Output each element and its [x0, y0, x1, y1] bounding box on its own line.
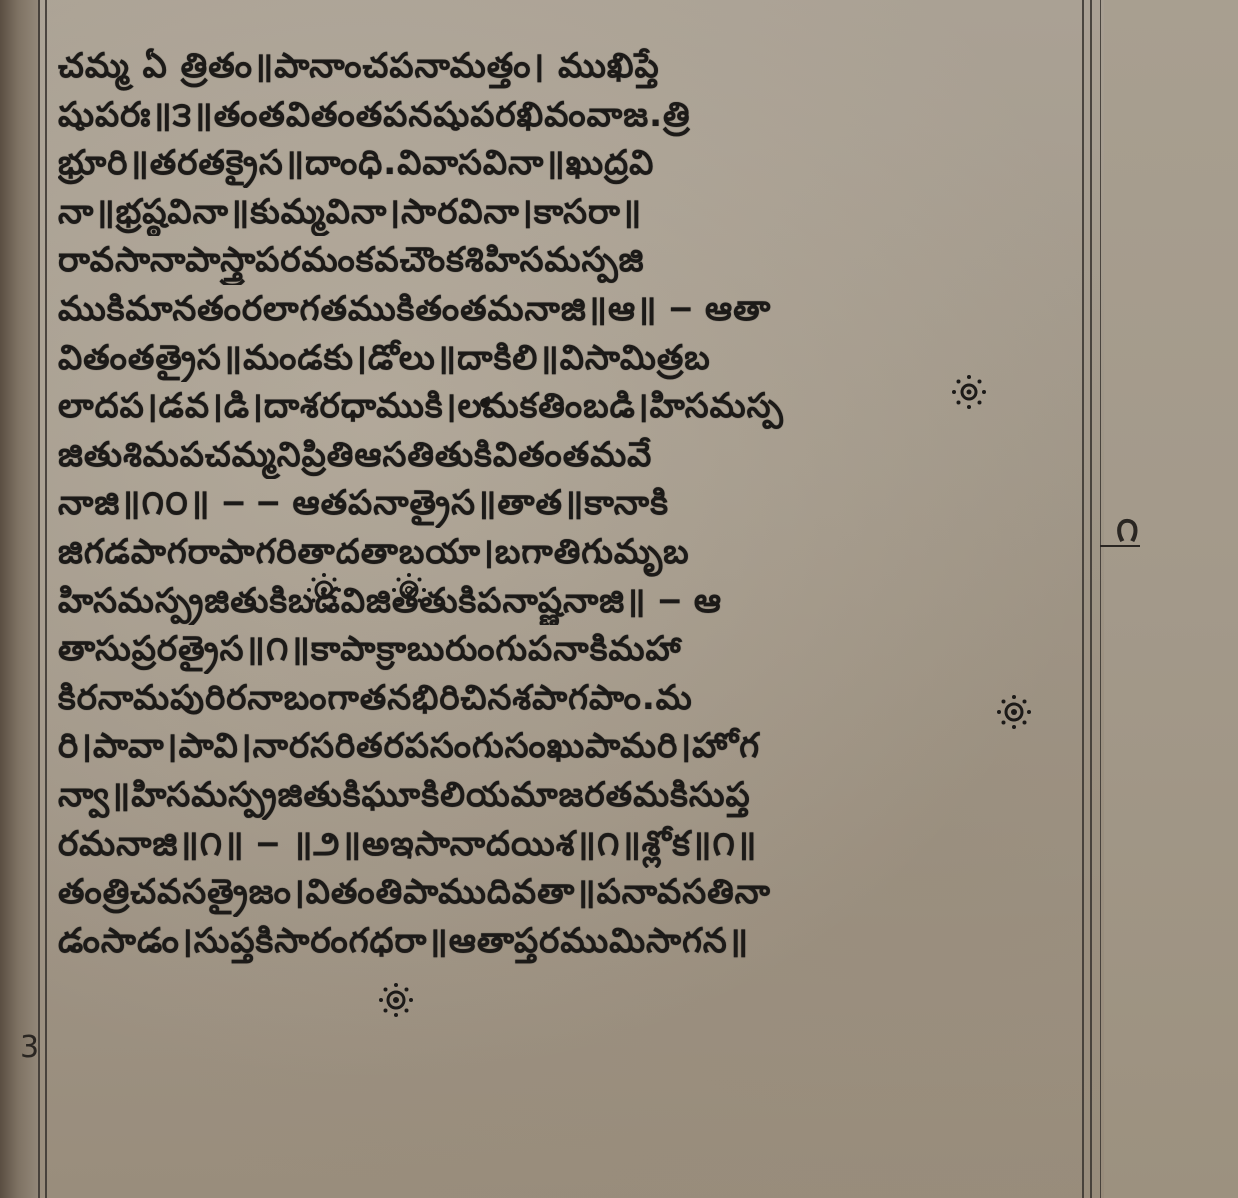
book-binding-edge	[0, 0, 40, 1198]
text-line: రమనాజి॥౧॥ ౼ ॥౨॥అఇసానాదయిశ॥౧॥శ్లోక॥౧॥	[58, 820, 1078, 869]
text-line: షుపరః॥౩॥తంతవితంతపనషుపరఖివంవాజ.త్రి	[58, 91, 1078, 140]
text-line: రావసానాపాస్త్రాపరమంకవచౌంకశిహిసమస్పజి	[58, 236, 1078, 285]
text-line: నాజి॥౧౦॥ ౼ ౼ ఆతపనాత్రైస॥తాత॥కానాకి	[58, 479, 1078, 528]
text-line: లాదప।డవ।డి।దాశరధాముకి।లమకతింబడి।హిసమస్ప	[58, 382, 1078, 431]
right-margin-area	[1104, 0, 1238, 1198]
text-line: ముకిమానతంరలాగతముకితంతమనాజి॥ఆ॥ ౼ ఆతా	[58, 285, 1078, 334]
text-line: కిరనామపురిరనాబంగాతనభిరిచినశపాగపాం.మ	[58, 674, 1078, 723]
text-line: డంసాడం।సుప్తకిసారంగధరా॥ఆతాప్తరముమిసాగన॥	[58, 917, 1078, 966]
text-line: జిగడపాగరాపాగరితాదతాబయా।బగాతిగుమృబ	[58, 528, 1078, 577]
right-margin-rule	[1082, 0, 1084, 1198]
manuscript-page: చమ్మ ఏ త్రితం॥పానాంచపనామత్తం। ముఖిప్తే ష…	[0, 0, 1238, 1198]
text-line: తాసుప్రరత్రైస॥౧॥కాపాక్రాబురుంగుపనాకిమహా	[58, 625, 1078, 674]
sun-ornament-icon	[378, 982, 414, 1018]
text-line: న్వా॥హిసమస్ప్రజితుకిఘూకిలియమాజరతమకిసుప్త	[58, 771, 1078, 820]
right-margin-rule-outer	[1100, 0, 1101, 1198]
margin-number-left: 3	[20, 1030, 39, 1065]
text-line: వితంతత్రైస॥మండకు।డోలు॥దాకిలి॥విసామిత్రబ	[58, 334, 1078, 383]
page-number-tail	[1100, 545, 1140, 547]
text-line: రి।పావా।పావి।నారసరితరపసంగుసంఖుపామరి।హోగ	[58, 722, 1078, 771]
page-number-right: ౧	[1116, 510, 1139, 558]
text-line: నా॥భ్రష్ఠవినా॥కుమ్మవినా।సారవినా।కాసరా॥	[58, 188, 1078, 237]
sun-ornament-icon	[951, 374, 987, 410]
text-line: హిసమస్ప్రజితుకిబడవిజితతుకిపనాష్ణనాజి॥ ౼ …	[58, 577, 1078, 626]
left-margin-rule	[38, 0, 40, 1198]
text-line: చమ్మ ఏ త్రితం॥పానాంచపనామత్తం। ముఖిప్తే	[58, 42, 1078, 91]
sun-ornament-icon	[996, 694, 1032, 730]
text-line: తంత్రిచవసత్రైజం।వితంతిపాముదివతా॥పనావసతిన…	[58, 868, 1078, 917]
sun-ornament-icon	[306, 572, 342, 608]
sun-ornament-icon	[391, 572, 427, 608]
manuscript-text: చమ్మ ఏ త్రితం॥పానాంచపనామత్తం। ముఖిప్తే ష…	[58, 42, 1078, 965]
right-margin-rule-inner	[1090, 0, 1092, 1198]
left-margin-rule-inner	[45, 0, 47, 1198]
text-line: భ్రూరి॥తరతక్రైస॥దాంధి.వివాసవినా॥ఖుద్రవి	[58, 139, 1078, 188]
text-line: జితుశిమపచమ్మనిప్రితిఆసతితుకివితంతమవే	[58, 431, 1078, 480]
